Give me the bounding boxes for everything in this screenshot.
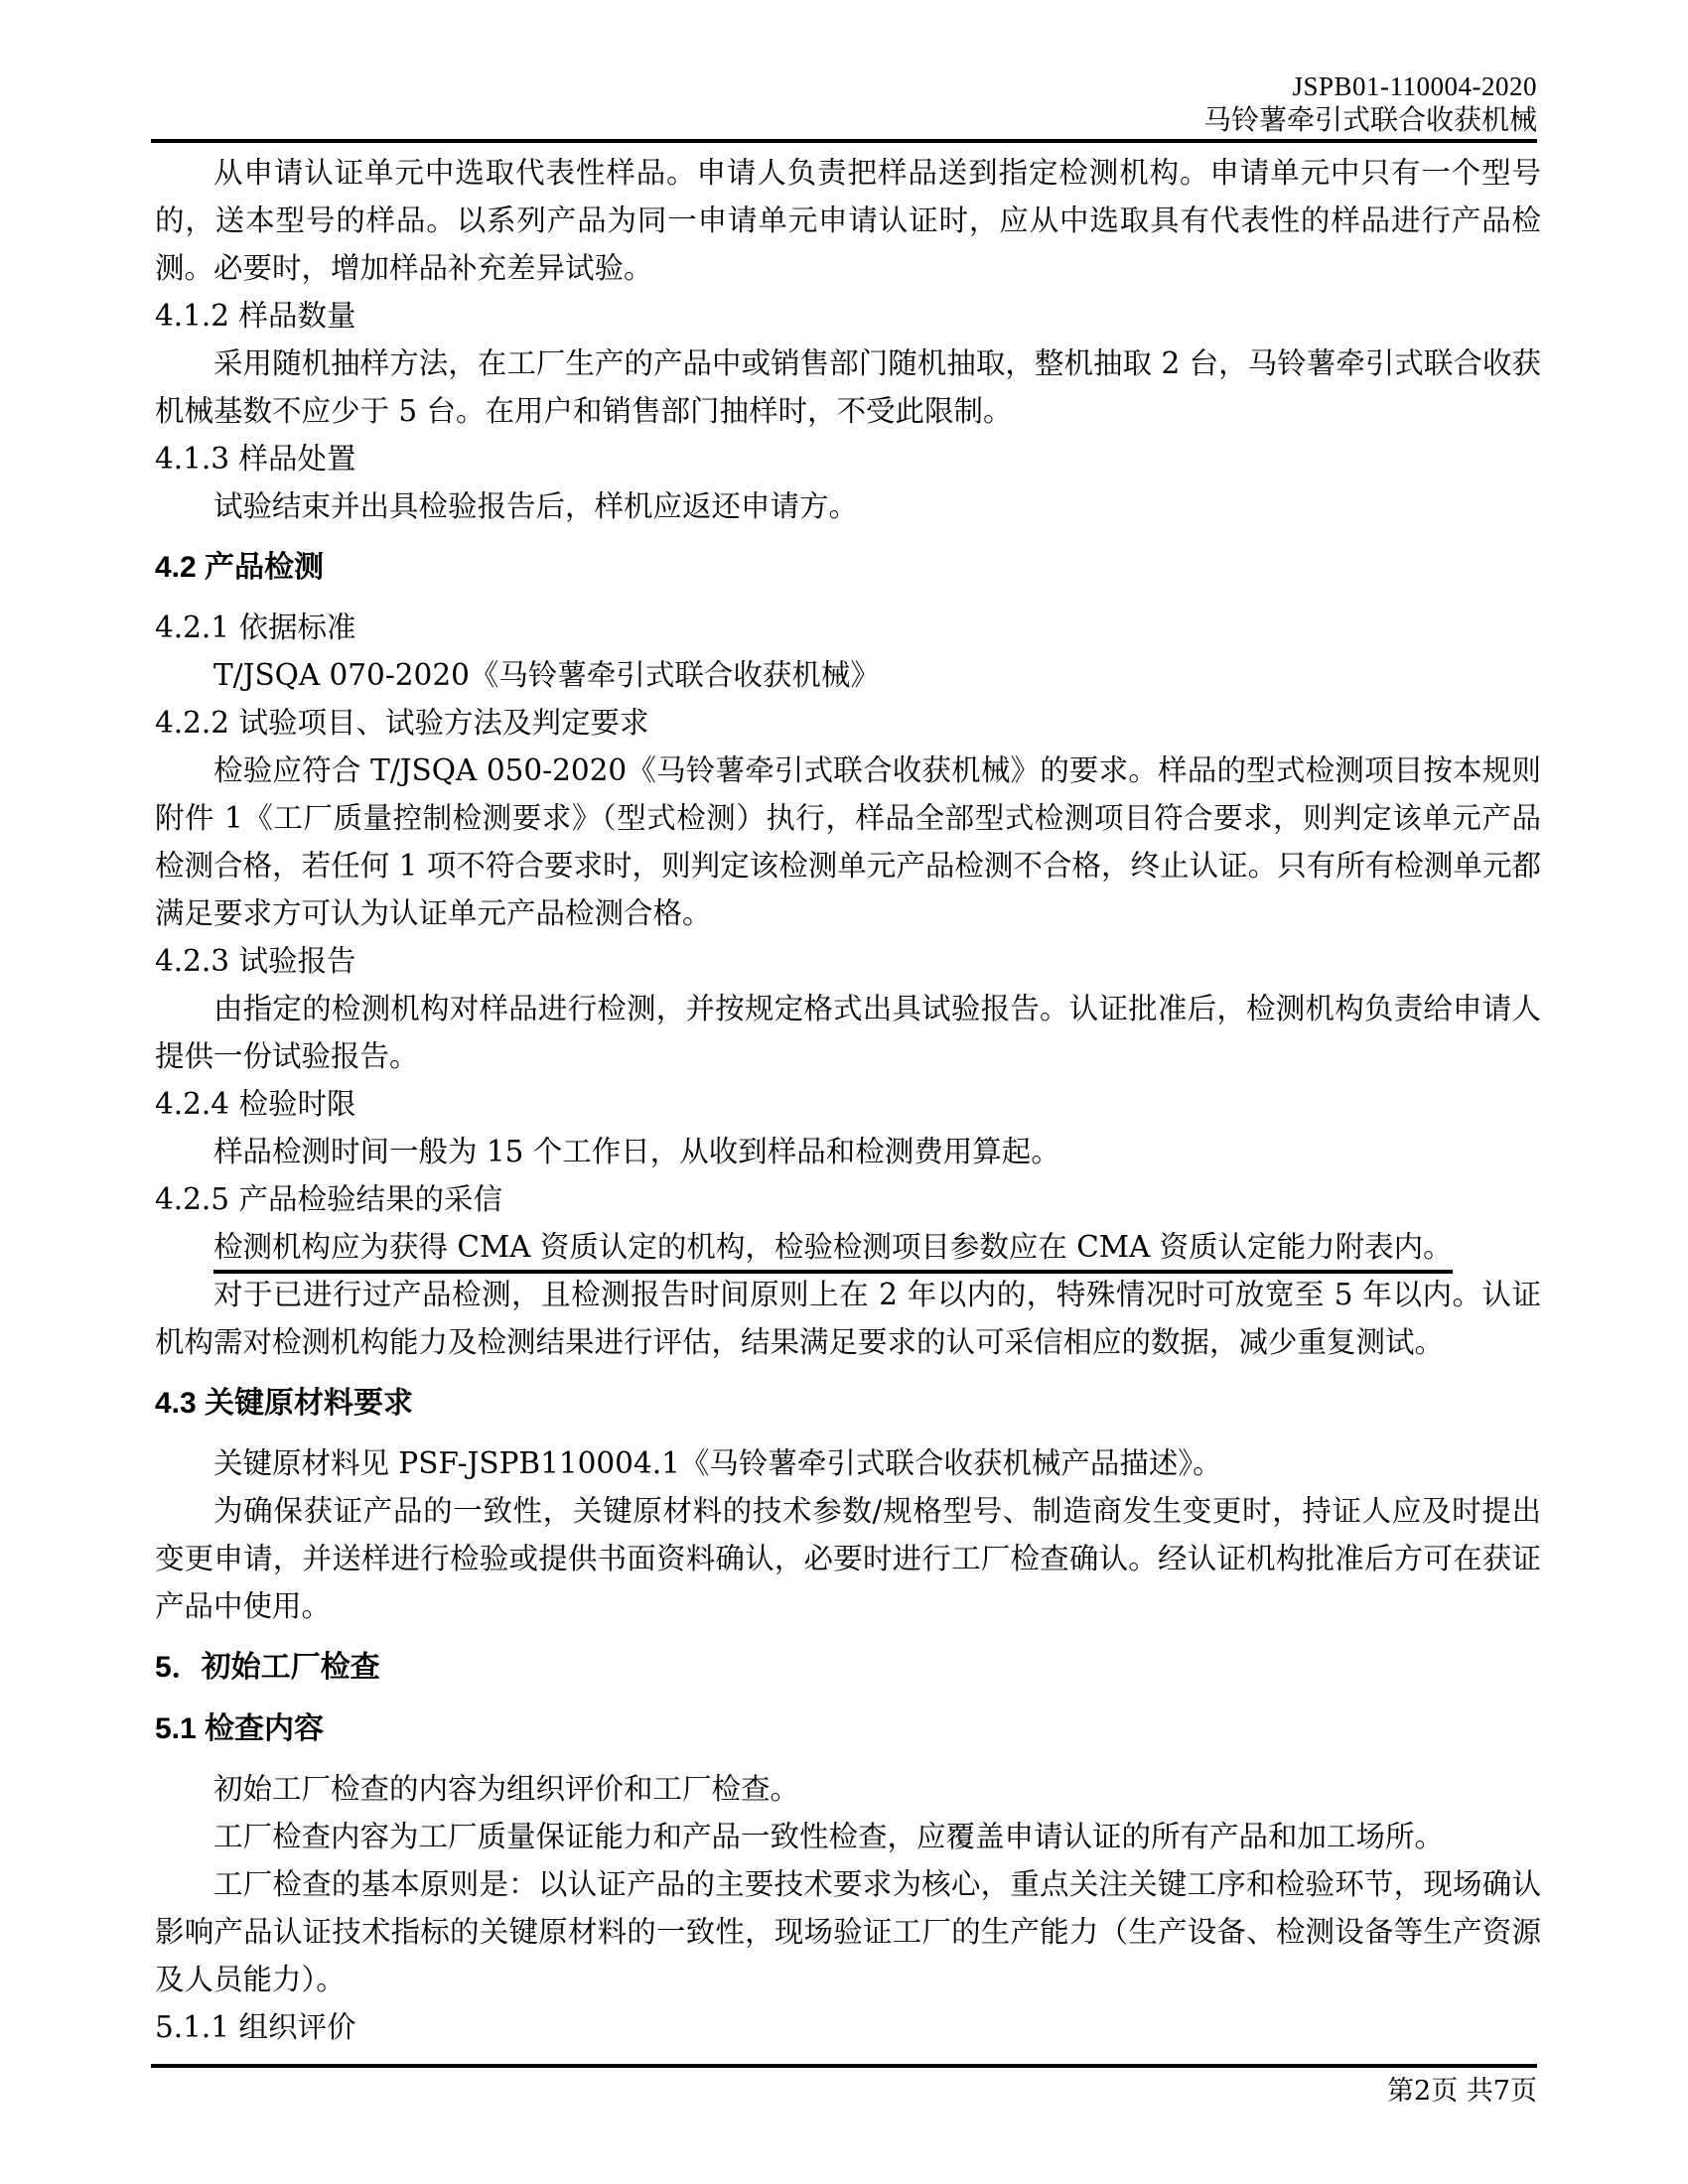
paragraph: T/JSQA 070-2020《马铃薯牵引式联合收获机械》 xyxy=(155,651,1541,699)
sub-heading: 4.2.4 检验时限 xyxy=(155,1080,1541,1128)
paragraph: 工厂检查内容为工厂质量保证能力和产品一致性检查，应覆盖申请认证的所有产品和加工场… xyxy=(155,1813,1541,1860)
paragraph: 试验结束并出具检验报告后，样机应返还申请方。 xyxy=(155,482,1541,530)
page-footer: 第2页 共7页 xyxy=(151,2064,1537,2108)
paragraph: 对于已进行过产品检测，且检测报告时间原则上在 2 年以内的，特殊情况时可放宽至 … xyxy=(155,1271,1541,1366)
paragraph: 样品检测时间一般为 15 个工作日，从收到样品和检测费用算起。 xyxy=(155,1128,1541,1175)
sub-heading: 4.1.2 样品数量 xyxy=(155,292,1541,340)
sub-heading: 4.1.3 样品处置 xyxy=(155,435,1541,482)
section-heading: 4.2 产品检测 xyxy=(155,544,1541,592)
underlined-paragraph: 检测机构应为获得 CMA 资质认定的机构，检验检测项目参数应在 CMA 资质认定… xyxy=(155,1223,1541,1271)
paragraph: 采用随机抽样方法，在工厂生产的产品中或销售部门随机抽取，整机抽取 2 台，马铃薯… xyxy=(155,340,1541,435)
sub-heading: 4.2.1 依据标准 xyxy=(155,604,1541,651)
paragraph: 为确保获证产品的一致性，关键原材料的技术参数/规格型号、制造商发生变更时，持证人… xyxy=(155,1487,1541,1630)
paragraph: 检验应符合 T/JSQA 050-2020《马铃薯牵引式联合收获机械》的要求。样… xyxy=(155,747,1541,937)
sub-heading: 4.2.2 试验项目、试验方法及判定要求 xyxy=(155,699,1541,747)
section-heading: 5．初始工厂检查 xyxy=(155,1644,1541,1692)
document-title: 马铃薯牵引式联合收获机械 xyxy=(151,102,1537,137)
paragraph: 关键原材料见 PSF-JSPB110004.1《马铃薯牵引式联合收获机械产品描述… xyxy=(155,1439,1541,1487)
paragraph: 由指定的检测机构对样品进行检测，并按规定格式出具试验报告。认证批准后，检测机构负… xyxy=(155,985,1541,1080)
document-code: JSPB01-110004-2020 xyxy=(151,0,1537,102)
document-page: JSPB01-110004-2020 马铃薯牵引式联合收获机械 从申请认证单元中… xyxy=(0,0,1688,2184)
section-heading: 4.3 关键原材料要求 xyxy=(155,1380,1541,1428)
underlined-text: 检测机构应为获得 CMA 资质认定的机构，检验检测项目参数应在 CMA 资质认定… xyxy=(213,1230,1453,1274)
sub-heading: 4.2.5 产品检验结果的采信 xyxy=(155,1175,1541,1223)
sub-heading: 4.2.3 试验报告 xyxy=(155,937,1541,985)
page-number: 第2页 共7页 xyxy=(1387,2076,1537,2107)
paragraph: 从申请认证单元中选取代表性样品。申请人负责把样品送到指定检测机构。申请单元中只有… xyxy=(155,149,1541,292)
paragraph: 初始工厂检查的内容为组织评价和工厂检查。 xyxy=(155,1765,1541,1813)
document-body: 从申请认证单元中选取代表性样品。申请人负责把样品送到指定检测机构。申请单元中只有… xyxy=(155,149,1541,2051)
page-header: JSPB01-110004-2020 马铃薯牵引式联合收获机械 xyxy=(151,0,1537,143)
sub-heading: 5.1.1 组织评价 xyxy=(155,2003,1541,2051)
paragraph: 工厂检查的基本原则是：以认证产品的主要技术要求为核心，重点关注关键工序和检验环节… xyxy=(155,1860,1541,2003)
section-heading: 5.1 检查内容 xyxy=(155,1706,1541,1753)
